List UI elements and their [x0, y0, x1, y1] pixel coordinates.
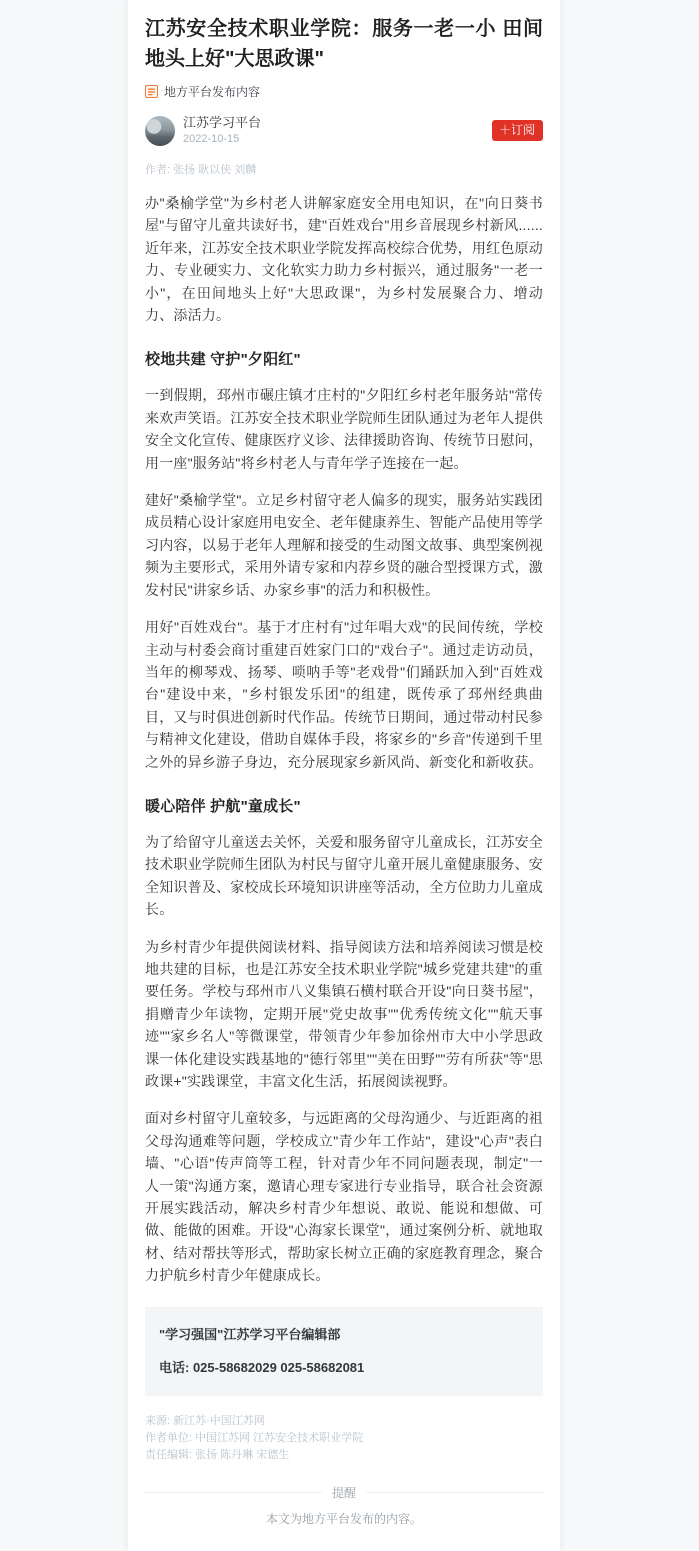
- notice-text: 本文为地方平台发布的内容。: [145, 1510, 543, 1527]
- subscribe-button[interactable]: ＋订阅: [492, 120, 543, 141]
- editorial-department: "学习强国"江苏学习平台编辑部: [159, 1324, 529, 1343]
- article-card: 江苏安全技术职业学院：服务一老一小 田间地头上好"大思政课" 地方平台发布内容 …: [128, 0, 560, 1551]
- editorial-phone: 电话: 025-58682029 025-58682081: [159, 1357, 529, 1376]
- article-paragraph: 用好"百姓戏台"。基于才庄村有"过年唱大戏"的民间传统，学校主动与村委会商讨重建…: [145, 616, 543, 773]
- notice-divider: 提醒: [145, 1484, 543, 1501]
- article-paragraph: 为乡村青少年提供阅读材料、指导阅读方法和培养阅读习惯是校地共建的目标，也是江苏安…: [145, 936, 543, 1093]
- notice-title: 提醒: [322, 1484, 366, 1501]
- article-paragraph: 办"桑榆学堂"为乡村老人讲解家庭安全用电知识，在"向日葵书屋"与留守儿童共读好书…: [145, 192, 543, 326]
- content-tag: 地方平台发布内容: [145, 83, 543, 100]
- tag-label: 地方平台发布内容: [164, 83, 260, 100]
- notice-section: 提醒 本文为地方平台发布的内容。: [145, 1484, 543, 1527]
- publisher-avatar[interactable]: [145, 116, 175, 146]
- article-paragraph: 一到假期，邳州市碾庄镇才庄村的"夕阳红乡村老年服务站"常传来欢声笑语。江苏安全技…: [145, 384, 543, 474]
- page-title: 江苏安全技术职业学院：服务一老一小 田间地头上好"大思政课": [145, 14, 543, 74]
- byline: 作者: 张扬 耿以侠 刘麟: [145, 161, 543, 177]
- article-paragraph: 面对乡村留守儿童较多，与远距离的父母沟通少、与近距离的祖父母沟通难等问题，学校成…: [145, 1107, 543, 1286]
- article-paragraph: 建好"桑榆学堂"。立足乡村留守老人偏多的现实，服务站实践团成员精心设计家庭用电安…: [145, 489, 543, 601]
- editorial-contact-box: "学习强国"江苏学习平台编辑部 电话: 025-58682029 025-586…: [145, 1307, 543, 1396]
- publisher-name[interactable]: 江苏学习平台: [183, 115, 492, 131]
- local-platform-icon: [145, 85, 158, 98]
- section-heading: 暖心陪伴 护航"童成长": [145, 795, 543, 816]
- publish-date: 2022-10-15: [183, 132, 492, 146]
- editor-line: 责任编辑: 张扬 陈丹琳 宋德生: [145, 1447, 543, 1464]
- publisher-meta: 江苏学习平台 2022-10-15: [183, 115, 492, 146]
- divider-line-right: [366, 1492, 543, 1493]
- author-unit-line: 作者单位: 中国江苏网 江苏安全技术职业学院: [145, 1430, 543, 1447]
- publisher-row: 江苏学习平台 2022-10-15 ＋订阅: [145, 115, 543, 146]
- section-heading: 校地共建 守护"夕阳红": [145, 348, 543, 369]
- article-paragraph: 为了给留守儿童送去关怀，关爱和服务留守儿童成长，江苏安全技术职业学院师生团队为村…: [145, 831, 543, 921]
- article-body: 办"桑榆学堂"为乡村老人讲解家庭安全用电知识，在"向日葵书屋"与留守儿童共读好书…: [145, 192, 543, 1287]
- source-line: 来源: 新江苏·中国江苏网: [145, 1413, 543, 1430]
- footer-meta: 来源: 新江苏·中国江苏网 作者单位: 中国江苏网 江苏安全技术职业学院 责任编…: [145, 1413, 543, 1464]
- divider-line-left: [145, 1492, 322, 1493]
